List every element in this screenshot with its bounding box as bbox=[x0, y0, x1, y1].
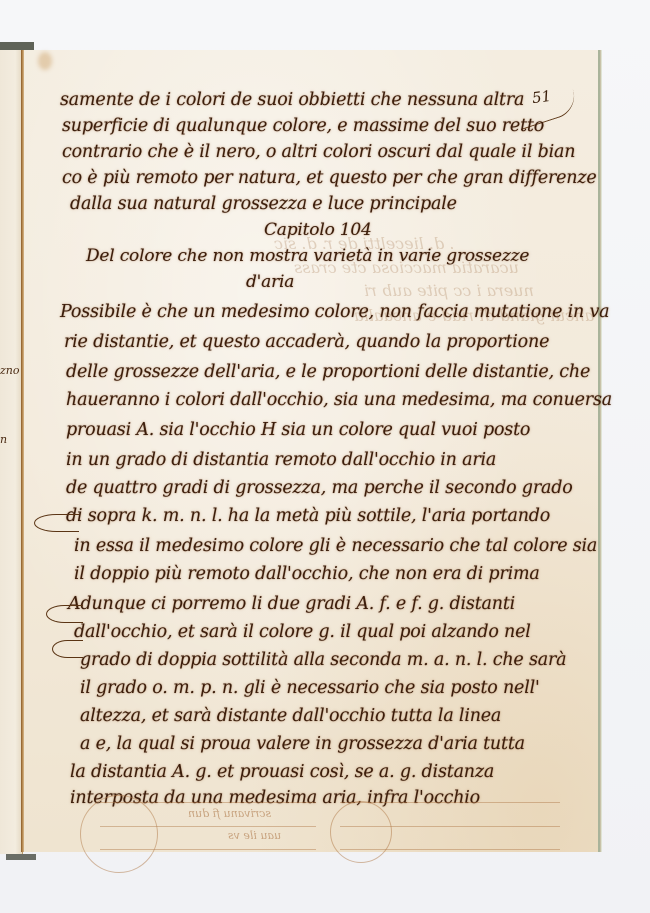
text-line: grado di doppia sottilità alla seconda m… bbox=[80, 650, 566, 670]
text-line: altezza, et sarà distante dall'occhio tu… bbox=[80, 706, 501, 726]
text-line: il doppio più remoto dall'occhio, che no… bbox=[74, 564, 540, 584]
text-line: contrario che è il nero, o altri colori … bbox=[62, 142, 575, 162]
text-line: Possibile è che un medesimo colore, non … bbox=[60, 302, 609, 322]
diagram-label: uau ile vs bbox=[228, 829, 281, 842]
text-line: il grado o. m. p. n. gli è necessario ch… bbox=[80, 678, 540, 698]
bleed-through-diagram-right bbox=[340, 802, 560, 850]
text-line: in essa il medesimo colore gli è necessa… bbox=[74, 536, 597, 556]
text-line: prouasi A. sia l'occhio H sia un colore … bbox=[66, 420, 530, 440]
bleed-through-diagram-left: scrivanu fi dun uau ile vs bbox=[100, 802, 316, 850]
text-line: la distantia A. g. et prouasi così, se a… bbox=[70, 762, 494, 782]
manuscript-page: . d. lieceltti de r. d. sic ucaratia mac… bbox=[24, 50, 600, 852]
text-line: dalla sua natural grossezza e luce princ… bbox=[70, 194, 457, 214]
manuscript-text: samente de i colori de suoi obbietti che… bbox=[24, 50, 598, 810]
margin-flourish bbox=[46, 605, 83, 623]
diagram-arc bbox=[330, 801, 392, 863]
text-line: a e, la qual si proua valere in grossezz… bbox=[80, 734, 525, 754]
facing-page-fragment: zno bbox=[0, 364, 20, 377]
margin-flourish bbox=[52, 640, 83, 658]
text-line: samente de i colori de suoi obbietti che… bbox=[60, 90, 524, 110]
chapter-title: Del colore che non mostra varietà in var… bbox=[86, 246, 529, 266]
text-line: delle grossezze dell'aria, e le proporti… bbox=[66, 362, 590, 382]
facing-page-edge: zno n bbox=[0, 48, 23, 854]
text-line: haueranno i colori dall'occhio, sia una … bbox=[66, 390, 612, 410]
diagram-label: scrivanu fi dun bbox=[188, 807, 271, 820]
text-line: co è più remoto per natura, et questo pe… bbox=[62, 168, 597, 188]
binding-tab-bottom bbox=[6, 854, 36, 860]
text-line: superficie di qualunque colore, e massim… bbox=[62, 116, 544, 136]
text-line: de quattro gradi di grossezza, ma perche… bbox=[66, 478, 573, 498]
text-line: in un grado di distantia remoto dall'occ… bbox=[66, 450, 496, 470]
text-line: di sopra k. m. n. l. ha la metà più sott… bbox=[66, 506, 550, 526]
text-line: Adunque ci porremo li due gradi A. f. e … bbox=[68, 594, 515, 614]
facing-page-fragment: n bbox=[0, 433, 7, 446]
chapter-heading: Capitolo 104 bbox=[264, 220, 372, 240]
margin-flourish bbox=[34, 514, 79, 532]
chapter-title-continued: d'aria bbox=[246, 272, 294, 292]
binding-tab-top bbox=[0, 42, 34, 50]
text-line: dall'occhio, et sarà il colore g. il qua… bbox=[74, 622, 531, 642]
text-line: rie distantie, et questo accaderà, quand… bbox=[64, 332, 549, 352]
diagram-arc bbox=[80, 795, 158, 873]
